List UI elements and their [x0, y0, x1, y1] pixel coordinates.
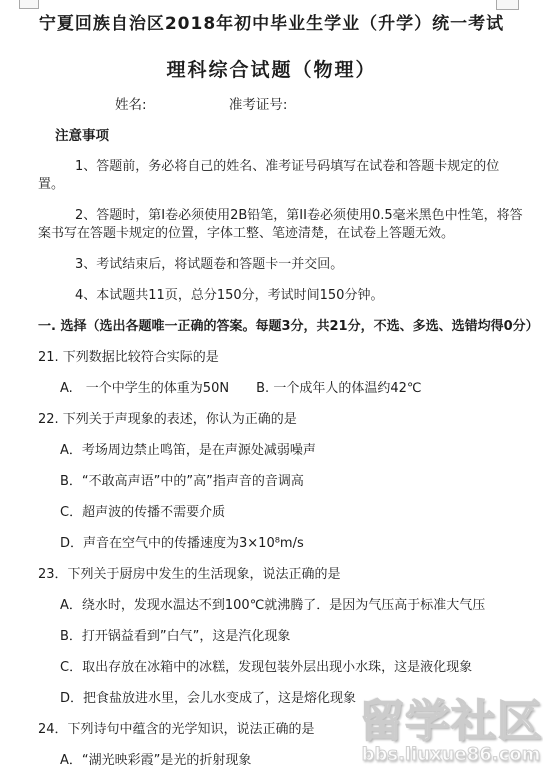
candidate-info-line: 姓名: 准考证号:	[0, 96, 543, 114]
notice-item-4: 4、本试题共11页，总分150分，考试时间150分钟。	[0, 287, 543, 305]
question-24-option-a: A．“湖光映彩霞”是光的折射现象	[0, 752, 543, 766]
question-21-stem: 21. 下列数据比较符合实际的是	[0, 349, 543, 367]
question-23-option-b: B．打开锅益看到”白气”，这是汽化现象	[0, 628, 543, 646]
exam-title: 宁夏回族自治区2018年初中毕业生学业（升学）统一考试	[0, 0, 543, 35]
question-23-option-c: C．取出存放在冰箱中的冰糕，发现包装外层出现小水珠，这是液化现象	[0, 659, 543, 677]
question-24-stem: 24．下列诗句中蕴含的光学知识，说法正确的是	[0, 721, 543, 739]
notice-item-3: 3、考试结束后，将试题卷和答题卡一并交回。	[0, 256, 543, 274]
notice-item-2: 2、答题时，第I卷必须使用2B铅笔，第II卷必须使用0.5毫米黑色中性笔，将答案…	[0, 207, 543, 243]
name-label: 姓名:	[115, 97, 147, 113]
question-23-option-a: A．绕水时，发现水温达不到100℃就沸腾了．是因为气压高于标准大气压	[0, 597, 543, 615]
question-22-option-d: D．声音在空气中的传播速度为3×10⁸m/s	[0, 535, 543, 553]
question-23-option-d: D．把食盐放进水里，会儿水变成了，这是熔化现象	[0, 690, 543, 708]
question-22-option-c: C．超声波的传播不需要介质	[0, 504, 543, 522]
section-heading-choice: 一. 选择（选出各题唯一正确的答案。每题3分，共21分，不选、多选、选错均得0分…	[0, 318, 543, 336]
question-22-stem: 22. 下列关于声现象的表述，你认为正确的是	[0, 411, 543, 429]
notice-item-1: 1、答题前，务必将自己的姓名、准考证号码填写在试卷和答题卡规定的位置。	[0, 158, 543, 194]
scan-artifact-top-right	[496, 0, 519, 10]
exam-subtitle: 理科综合试题（物理）	[0, 58, 543, 83]
scan-artifact-top-left	[19, 0, 39, 9]
notice-heading: 注意事项	[0, 127, 543, 145]
question-22-option-b: B．“不敢高声语”中的”高”指声音的音调高	[0, 473, 543, 491]
question-21-option-a: A. 一个中学生的体重为50N	[60, 380, 252, 398]
question-22-option-a: A．考场周边禁止鸣笛，是在声源处减弱噪声	[0, 442, 543, 460]
question-21-options: A. 一个中学生的体重为50N B. 一个成年人的体温约42℃	[0, 380, 543, 398]
question-23-stem: 23．下列关于厨房中发生的生活现象，说法正确的是	[0, 566, 543, 584]
admission-number-label: 准考证号:	[229, 97, 288, 113]
question-21-option-b: B. 一个成年人的体温约42℃	[256, 381, 421, 396]
exam-paper-page: 宁夏回族自治区2018年初中毕业生学业（升学）统一考试 理科综合试题（物理） 姓…	[0, 0, 543, 766]
